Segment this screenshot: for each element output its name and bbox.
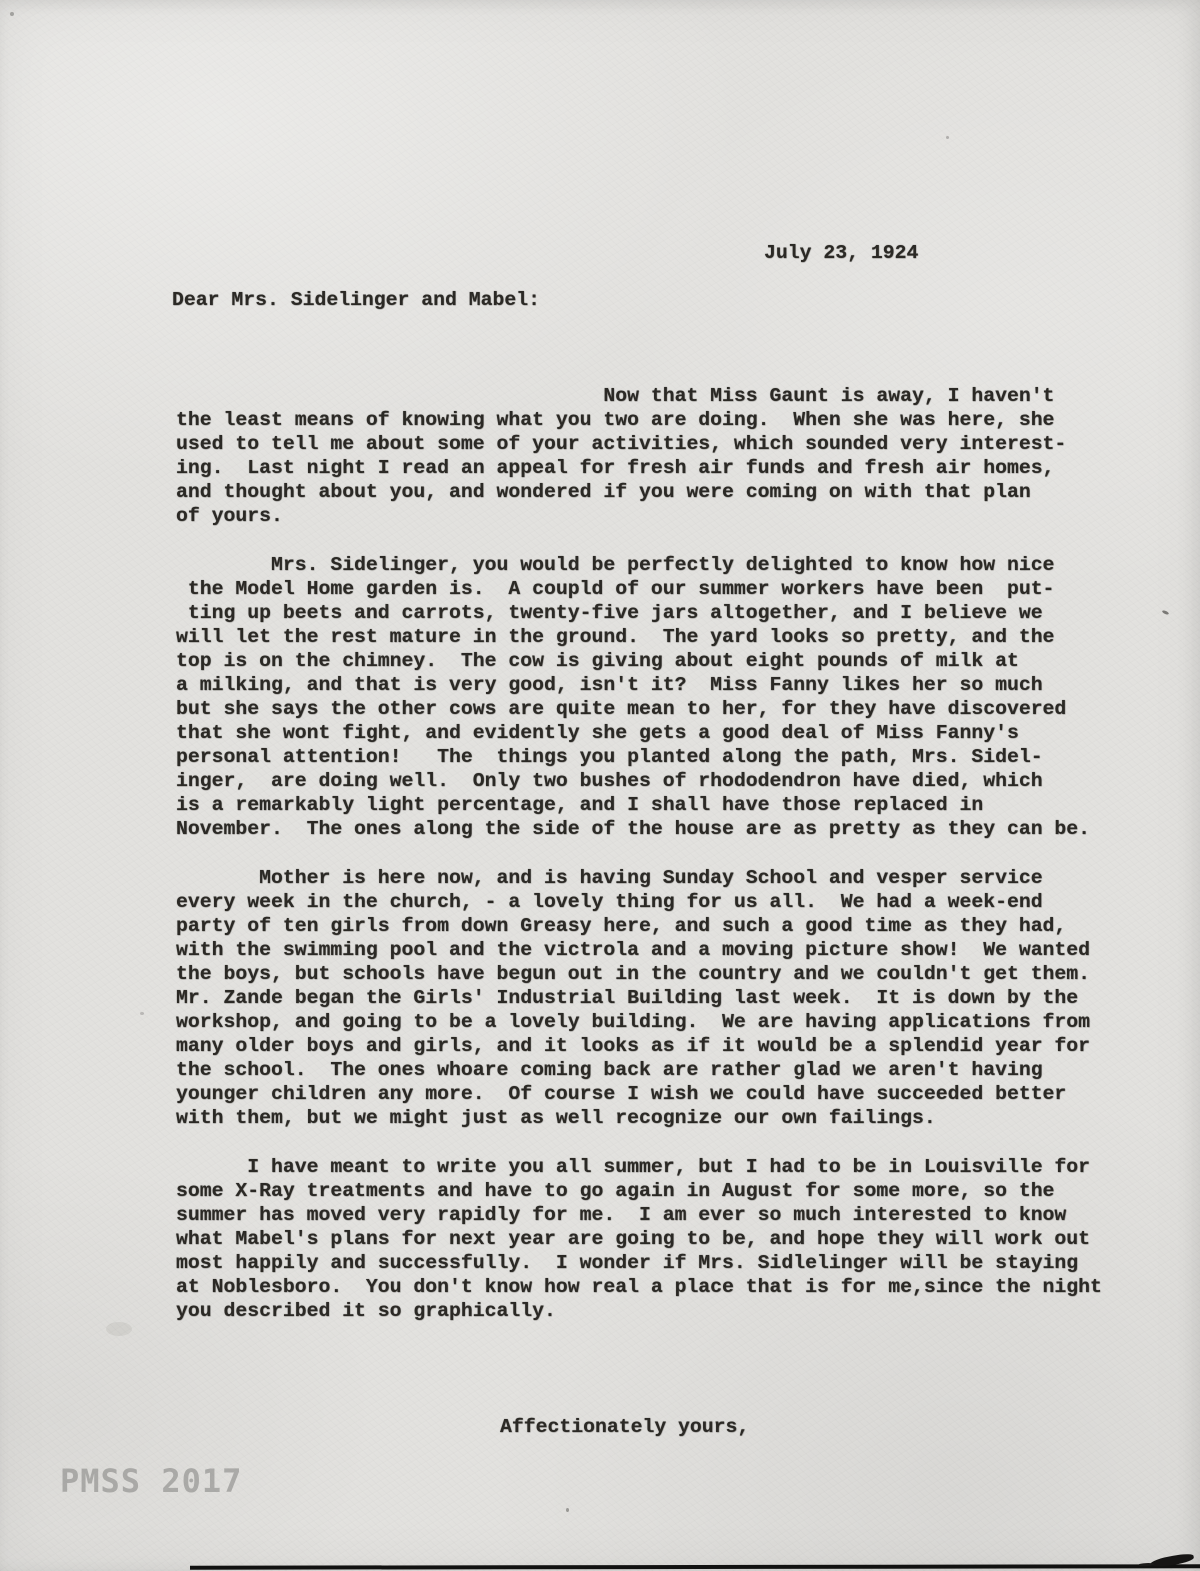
letter-line: every week in the church, - a lovely thi… [176,890,1186,914]
paper-speck [10,12,14,16]
paragraph: I have meant to write you all summer, bu… [176,1155,1186,1323]
letter-line: with them, but we might just as well rec… [176,1106,1186,1130]
letter-line: that she wont fight, and evidently she g… [176,721,1186,745]
letter-date: July 23, 1924 [764,241,918,265]
letter-line: a milking, and that is very good, isn't … [176,673,1186,697]
letter-line: inger, are doing well. Only two bushes o… [176,769,1186,793]
letter-line: the least means of knowing what you two … [176,408,1186,432]
letter-line: will let the rest mature in the ground. … [176,625,1186,649]
paper-smudge [106,1322,132,1336]
letter-line: the boys, but schools have begun out in … [176,962,1186,986]
letter-line: ing. Last night I read an appeal for fre… [176,456,1186,480]
letter-line: used to tell me about some of your activ… [176,432,1186,456]
letter-line: some X-Ray treatments and have to go aga… [176,1179,1186,1203]
paragraph: Mother is here now, and is having Sunday… [176,866,1186,1130]
paragraph: Now that Miss Gaunt is away, I haven'tth… [176,384,1186,528]
letter-line: personal attention! The things you plant… [176,745,1186,769]
letter-line: with the swimming pool and the victrola … [176,938,1186,962]
letter-line: ting up beets and carrots, twenty-five j… [176,601,1186,625]
letter-paragraphs: Now that Miss Gaunt is away, I haven'tth… [176,384,1186,1323]
letter-line: top is on the chimney. The cow is giving… [176,649,1186,673]
letter-line: but she says the other cows are quite me… [176,697,1186,721]
letter-line: what Mabel's plans for next year are goi… [176,1227,1186,1251]
letter-body: Now that Miss Gaunt is away, I haven'tth… [176,336,1186,1487]
letter-line: and thought about you, and wondered if y… [176,480,1186,504]
letter-line: November. The ones along the side of the… [176,817,1186,841]
letter-line: the school. The ones whoare coming back … [176,1058,1186,1082]
letter-salutation: Dear Mrs. Sidelinger and Mabel: [172,288,540,312]
letter-line: party of ten girls from down Greasy here… [176,914,1186,938]
paper-speck [946,136,949,139]
letter-line: many older boys and girls, and it looks … [176,1034,1186,1058]
letter-line: of yours. [176,504,1186,528]
letter-line: the Model Home garden is. A coupld of ou… [176,577,1186,601]
letter-closing: Affectionately yours, [176,1415,1186,1439]
scan-bottom-edge [190,1564,1200,1569]
paragraph: Mrs. Sidelinger, you would be perfectly … [176,553,1186,841]
letter-line: workshop, and going to be a lovely build… [176,1010,1186,1034]
letter-line: at Noblesboro. You don't know how real a… [176,1275,1186,1299]
archive-watermark: PMSS 2017 [60,1462,242,1500]
letter-line: is a remarkably light percentage, and I … [176,793,1186,817]
letter-line: I have meant to write you all summer, bu… [176,1155,1186,1179]
letter-line: Mother is here now, and is having Sunday… [176,866,1186,890]
letter-line: Mr. Zande began the Girls' Industrial Bu… [176,986,1186,1010]
letter-line: most happily and successfully. I wonder … [176,1251,1186,1275]
paper-speck [566,1508,569,1512]
letter-page: July 23, 1924 Dear Mrs. Sidelinger and M… [0,0,1200,1571]
paper-speck [140,1012,144,1015]
letter-line: younger children any more. Of course I w… [176,1082,1186,1106]
letter-line: Now that Miss Gaunt is away, I haven't [176,384,1186,408]
letter-line: summer has moved very rapidly for me. I … [176,1203,1186,1227]
letter-line: you described it so graphically. [176,1299,1186,1323]
ink-smudge [664,1041,670,1048]
letter-line: Mrs. Sidelinger, you would be perfectly … [176,553,1186,577]
